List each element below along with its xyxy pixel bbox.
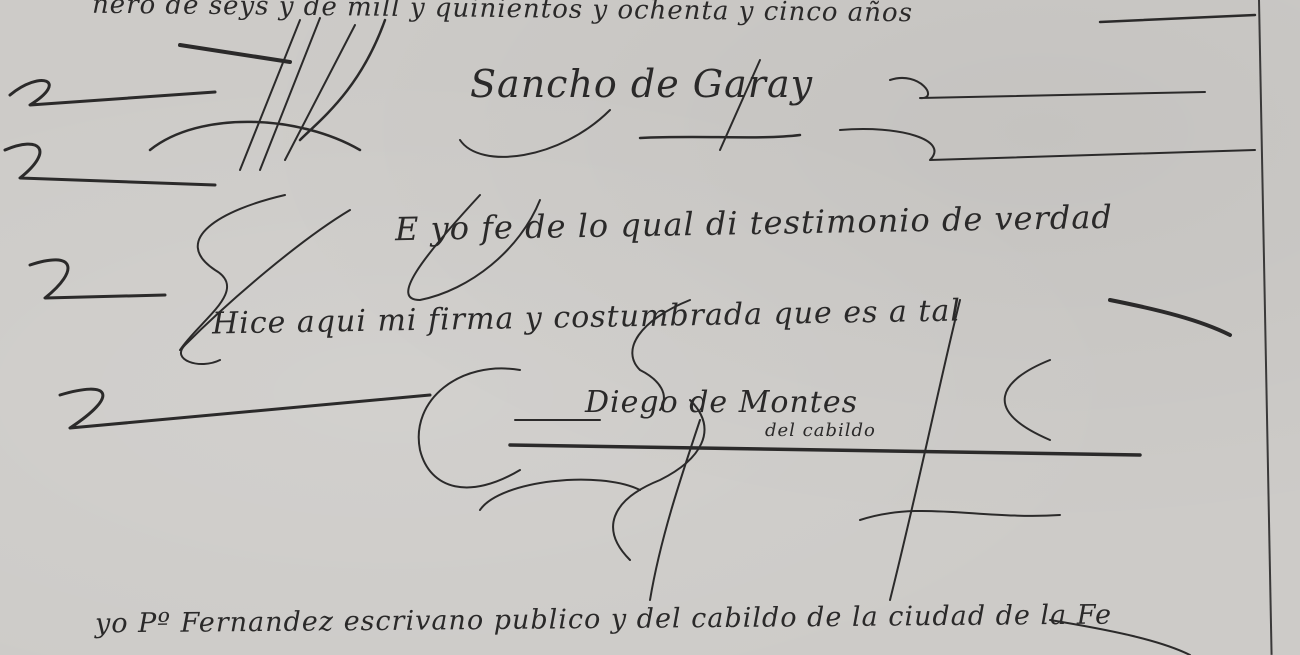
signature-montes-title: del cabildo bbox=[765, 420, 876, 441]
signature-montes: Diego de Montes bbox=[585, 385, 858, 420]
manuscript-page: ñero de seys y de mill y quinientos y oc… bbox=[0, 0, 1300, 655]
signature-garay: Sancho de Garay bbox=[470, 62, 813, 106]
